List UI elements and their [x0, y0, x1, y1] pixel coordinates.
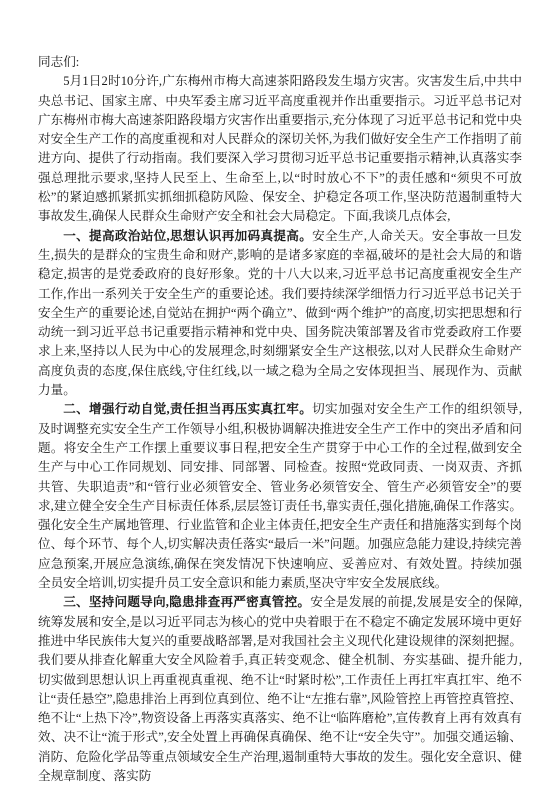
document-page: 同志们: 5月1日2时10分许,广东梅州市梅大高速茶阳路段发生塌方灾害。灾害发生… — [0, 0, 560, 793]
section-3-paragraph: 三、坚持问题导向,隐患排查再严密真管控。安全是发展的前提,发展是安全的保障,统筹… — [38, 593, 522, 786]
paragraph-body: 5月1日2时10分许,广东梅州市梅大高速茶阳路段发生塌方灾害。灾害发生后,中共中… — [38, 74, 522, 223]
salutation-text: 同志们: — [38, 55, 79, 69]
paragraph-body: 切实加强对安全生产工作的组织领导,及时调整充实安全生产工作领导小组,积极协调解决… — [38, 402, 522, 590]
paragraph-body: 安全生产,人命关天。安全事故一旦发生,损失的是群众的宝贵生命和财产,影响的是诸多… — [38, 229, 522, 397]
section-1-heading: 一、提高政治站位,思想认识再加码真提高。 — [63, 229, 312, 243]
section-2-paragraph: 二、增强行动自觉,责任担当再压实真扛牢。切实加强对安全生产工作的组织领导,及时调… — [38, 400, 522, 593]
section-1-paragraph: 一、提高政治站位,思想认识再加码真提高。安全生产,人命关天。安全事故一旦发生,损… — [38, 227, 522, 401]
section-2-heading: 二、增强行动自觉,责任担当再压实真扛牢。 — [63, 402, 312, 416]
section-3-heading: 三、坚持问题导向,隐患排查再严密真管控。 — [63, 595, 310, 609]
salutation-line: 同志们: — [38, 53, 522, 72]
intro-paragraph: 5月1日2时10分许,广东梅州市梅大高速茶阳路段发生塌方灾害。灾害发生后,中共中… — [38, 72, 522, 226]
paragraph-body: 安全是发展的前提,发展是安全的保障,统筹发展和安全,是以习近平同志为核心的党中央… — [38, 595, 522, 783]
